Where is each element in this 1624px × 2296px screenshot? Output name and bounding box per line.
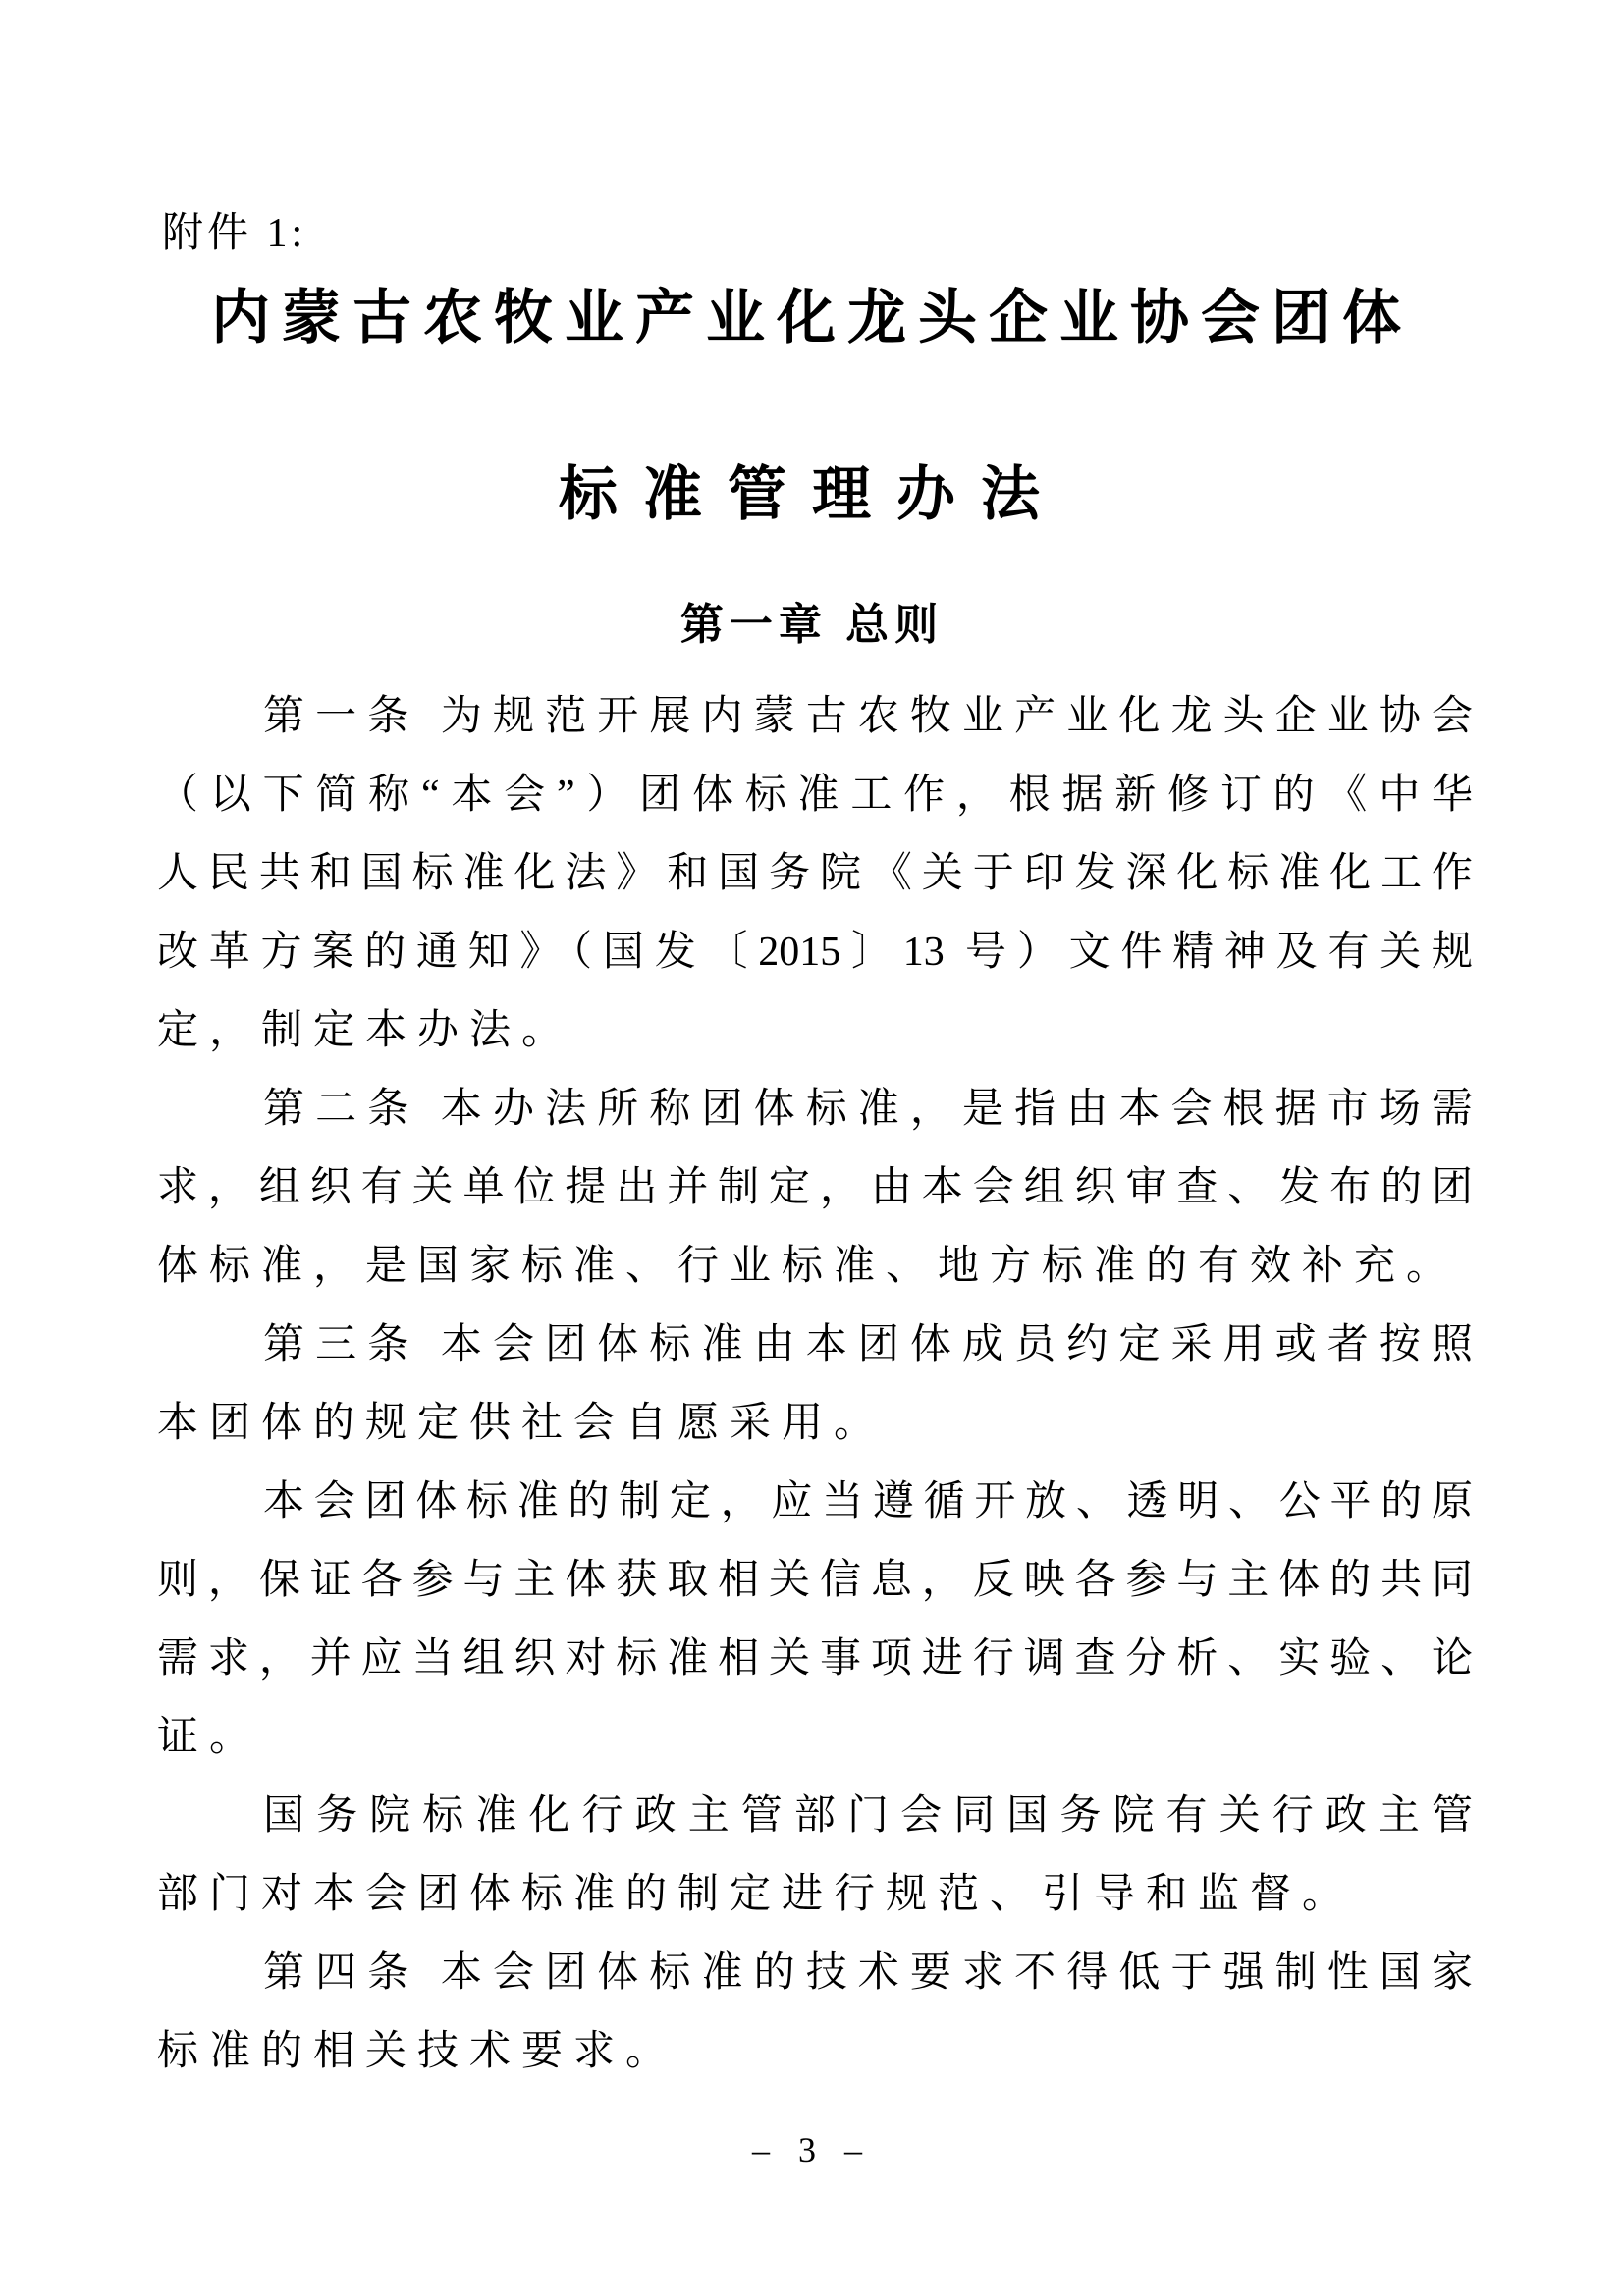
body-line: 证。 xyxy=(157,1698,1473,1777)
body-line: 第一条 为规范开展内蒙古农牧业产业化龙头企业协会 xyxy=(157,677,1473,756)
body-line: 则，保证各参与主体获取相关信息，反映各参与主体的共同 xyxy=(157,1541,1473,1620)
body-line: 第三条 本会团体标准由本团体成员约定采用或者按照 xyxy=(157,1306,1473,1384)
body-line: 本团体的规定供社会自愿采用。 xyxy=(157,1384,1473,1463)
chapter-heading: 第一章 总则 xyxy=(0,599,1624,652)
page-number: – 3 – xyxy=(0,2128,1624,2171)
body-line: 国务院标准化行政主管部门会同国务院有关行政主管 xyxy=(157,1777,1473,1855)
body-line: 标准的相关技术要求。 xyxy=(157,2012,1473,2091)
body-line: 人民共和国标准化法》和国务院《关于印发深化标准化工作 xyxy=(157,834,1473,913)
document-title-line-2: 标准管理办法 xyxy=(0,459,1624,530)
body-line: 部门对本会团体标准的制定进行规范、引导和监督。 xyxy=(157,1855,1473,1934)
body-line: 第四条 本会团体标准的技术要求不得低于强制性国家 xyxy=(157,1934,1473,2012)
document-page: 附件 1: 内蒙古农牧业产业化龙头企业协会团体 标准管理办法 第一章 总则 第一… xyxy=(0,0,1624,2296)
document-title-line-1: 内蒙古农牧业产业化龙头企业协会团体 xyxy=(0,283,1624,353)
body-line: （以下简称“本会”）团体标准工作，根据新修订的《中华 xyxy=(157,756,1473,834)
body-line: 定，制定本办法。 xyxy=(157,991,1473,1070)
body-line: 需求，并应当组织对标准相关事项进行调查分析、实验、论 xyxy=(157,1620,1473,1698)
body-line: 第二条 本办法所称团体标准，是指由本会根据市场需 xyxy=(157,1070,1473,1148)
body-line: 本会团体标准的制定，应当遵循开放、透明、公平的原 xyxy=(157,1463,1473,1541)
body-line: 改革方案的通知》（国发〔2015〕13 号）文件精神及有关规 xyxy=(157,913,1473,991)
body-line: 求，组织有关单位提出并制定，由本会组织审查、发布的团 xyxy=(157,1148,1473,1227)
attachment-label: 附件 1: xyxy=(162,208,306,259)
body-text: 第一条 为规范开展内蒙古农牧业产业化龙头企业协会 （以下简称“本会”）团体标准工… xyxy=(157,677,1473,2091)
body-line: 体标准，是国家标准、行业标准、地方标准的有效补充。 xyxy=(157,1227,1473,1306)
